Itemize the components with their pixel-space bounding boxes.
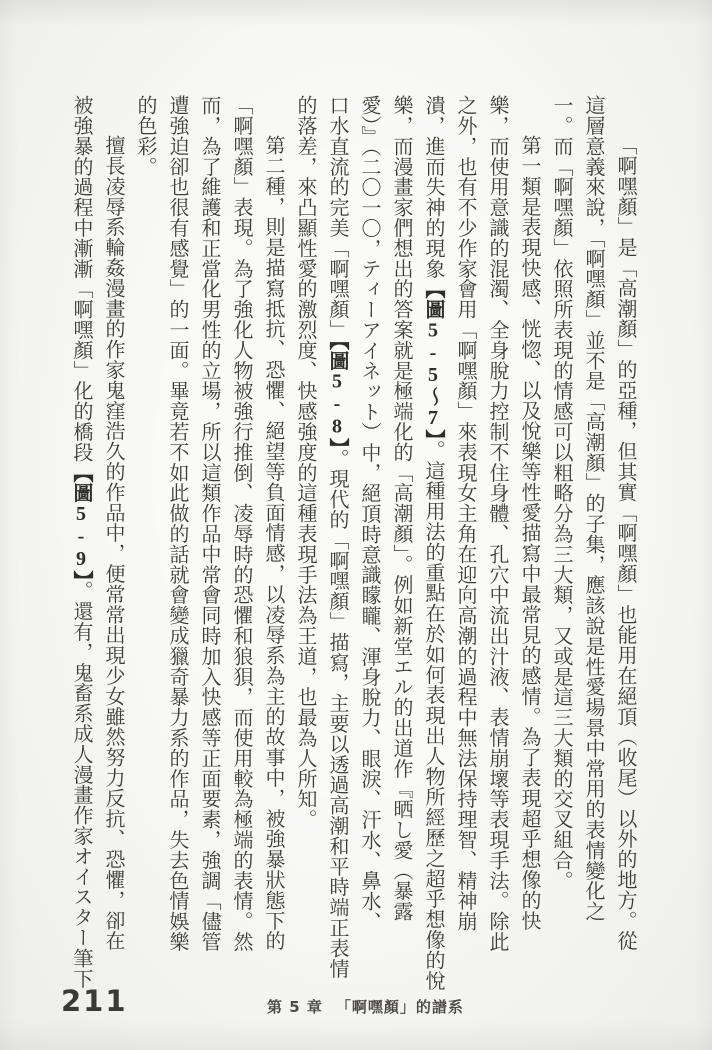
text-line: 的色彩。: [129, 95, 161, 937]
figure-reference: 【圖5-5～7】: [422, 279, 444, 440]
text-line: 一。而「啊嘿顏」依照所表現的情感可以粗略分為三大類，又或是這三大類的交叉組合。: [545, 95, 577, 937]
figure-reference: 【圖5-8】: [326, 340, 348, 448]
text-run: 的落差，來凸顯性愛的激烈度、快感強度的這種表現手法為王道，也最為人所知。: [294, 95, 316, 829]
text-run: 遭強迫卻也很有感覺」的一面。畢竟若不如此做的話就會變成獵奇暴力系的作品，失去色情…: [166, 95, 188, 952]
text-run: 潰，進而失神的現象: [422, 95, 444, 279]
text-run: 之外，也有不少作家會用「啊嘿顏」來表現女主角在迎向高潮的過程中無法保持理智、精神…: [454, 95, 476, 931]
text-line: 之外，也有不少作家會用「啊嘿顏」來表現女主角在迎向高潮的過程中無法保持理智、精神…: [449, 95, 481, 937]
text-line: 第一類是表現快感、恍惚、以及悅樂等性愛描寫中最常見的感情。為了表現超乎想像的快: [513, 95, 545, 937]
text-run: 「啊嘿顏」是「高潮顏」的亞種，但其實「啊嘿顏」也能用在絕頂（收尾）以外的地方。從: [614, 135, 636, 951]
text-run: 。還有，鬼畜系成人漫畫作家オイスター筆下: [70, 581, 92, 989]
text-run: 。這種用法的重點在於如何表現出人物所經歷之超乎想像的悅: [422, 440, 444, 991]
text-run: 口水直流的完美「啊嘿顏」: [326, 95, 348, 340]
text-line: 口水直流的完美「啊嘿顏」【圖5-8】。現代的「啊嘿顏」描寫，主要以透過高潮和平時…: [321, 95, 353, 937]
page-number: 211: [61, 984, 128, 1018]
text-line: 第二種，則是描寫抵抗、恐懼、絕望等負面情感，以凌辱系為主的故事中，被強暴狀態下的: [257, 95, 289, 937]
text-run: 樂，而漫畫家們想出的答案就是極端化的「高潮顏」。例如新堂エル的出道作『晒し愛（暴…: [390, 95, 412, 921]
text-line: 潰，進而失神的現象【圖5-5～7】。這種用法的重點在於如何表現出人物所經歷之超乎…: [417, 95, 449, 937]
text-block: 「啊嘿顏」是「高潮顏」的亞種，但其實「啊嘿顏」也能用在絕頂（收尾）以外的地方。從…: [65, 95, 641, 937]
text-run: 的色彩。: [134, 95, 156, 177]
text-run: 「啊嘿顏」表現。為了強化人物被強行推倒、凌辱時的恐懼和狼狽，而使用較為極端的表情…: [230, 95, 252, 952]
text-run: 這層意義來說，「啊嘿顏」並不是「高潮顏」的子集，應該說是性愛場景中常用的表情變化…: [582, 95, 604, 921]
text-line: 樂，而漫畫家們想出的答案就是極端化的「高潮顏」。例如新堂エル的出道作『晒し愛（暴…: [385, 95, 417, 937]
text-run: 擅長凌辱系輪姦漫畫的作家鬼窪浩久的作品中，便常常出現少女雖然努力反抗、恐懼，卻在: [102, 135, 124, 951]
text-run: 而，為了維護和正當化男性的立場，所以這類作品中常會同時加入快感等正面要素，強調「…: [198, 95, 220, 952]
footer-chapter: 第 5 章「啊嘿顏」的譜系: [267, 996, 464, 1017]
text-run: 樂，而使用意識的混濁、全身脫力控制不住身體、孔穴中流出汁液、表情崩壞等表現手法。…: [486, 95, 508, 952]
text-line: 的落差，來凸顯性愛的激烈度、快感強度的這種表現手法為王道，也最為人所知。: [289, 95, 321, 937]
footer-chapter-label: 第 5 章: [267, 998, 323, 1016]
text-line: 而，為了維護和正當化男性的立場，所以這類作品中常會同時加入快感等正面要素，強調「…: [193, 95, 225, 937]
text-line: 遭強迫卻也很有感覺」的一面。畢竟若不如此做的話就會變成獵奇暴力系的作品，失去色情…: [161, 95, 193, 937]
text-run: 第二種，則是描寫抵抗、恐懼、絕望等負面情感，以凌辱系為主的故事中，被強暴狀態下的: [262, 135, 284, 951]
text-line: 擅長凌辱系輪姦漫畫的作家鬼窪浩久的作品中，便常常出現少女雖然努力反抗、恐懼，卻在: [97, 95, 129, 937]
figure-reference: 【圖5-9】: [70, 462, 92, 580]
text-line: 這層意義來說，「啊嘿顏」並不是「高潮顏」的子集，應該說是性愛場景中常用的表情變化…: [577, 95, 609, 937]
text-run: 第一類是表現快感、恍惚、以及悅樂等性愛描寫中最常見的感情。為了表現超乎想像的快: [518, 135, 540, 931]
text-run: 愛）』（二〇一〇，ティーアイネット）中，絕頂時意識矇矓、渾身脫力、眼淚、汗水、鼻…: [358, 95, 380, 932]
text-line: 被強暴的過程中漸漸「啊嘿顏」化的橋段【圖5-9】。還有，鬼畜系成人漫畫作家オイス…: [65, 95, 97, 937]
text-run: 被強暴的過程中漸漸「啊嘿顏」化的橋段: [70, 95, 92, 462]
text-line: 「啊嘿顏」表現。為了強化人物被強行推倒、凌辱時的恐懼和狼狽，而使用較為極端的表情…: [225, 95, 257, 937]
text-line: 樂，而使用意識的混濁、全身脫力控制不住身體、孔穴中流出汁液、表情崩壞等表現手法。…: [481, 95, 513, 937]
text-line: 愛）』（二〇一〇，ティーアイネット）中，絕頂時意識矇矓、渾身脫力、眼淚、汗水、鼻…: [353, 95, 385, 937]
text-line: 「啊嘿顏」是「高潮顏」的亞種，但其實「啊嘿顏」也能用在絕頂（收尾）以外的地方。從: [609, 95, 641, 937]
text-run: 。現代的「啊嘿顏」描寫，主要以透過高潮和平時端正表情: [326, 448, 348, 978]
text-run: 一。而「啊嘿顏」依照所表現的情感可以粗略分為三大類，又或是這三大類的交叉組合。: [550, 95, 572, 891]
footer-chapter-title: 「啊嘿顏」的譜系: [336, 998, 464, 1016]
